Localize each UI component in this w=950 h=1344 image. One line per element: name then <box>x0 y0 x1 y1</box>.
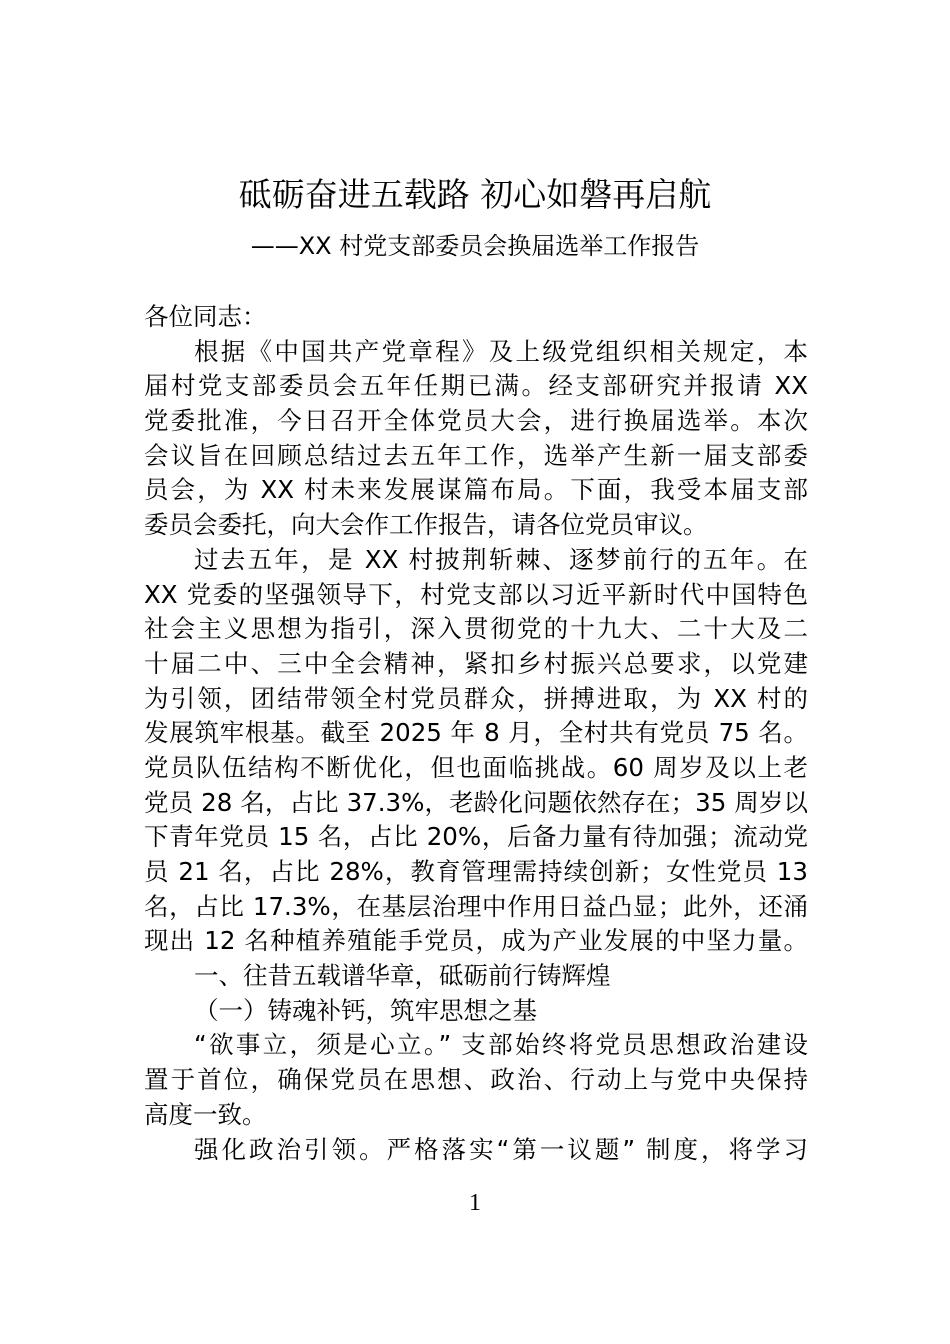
text-line: 根据《中国共产党章程》及上级党组织相关规定，本 <box>144 335 808 370</box>
text-line: 会议旨在回顾总结过去五年工作，选举产生新一届支部委 <box>144 439 808 474</box>
text-line: 名，占比 17.3%，在基层治理中作用日益凸显；此外，还涌 <box>144 890 808 925</box>
text-line: 过去五年，是 XX 村披荆斩棘、逐梦前行的五年。在 <box>144 543 808 578</box>
page-number: 1 <box>0 1186 950 1220</box>
salutation: 各位同志： <box>144 300 808 335</box>
document-page: 砥砺奋进五载路 初心如磐再启航 ——XX 村党支部委员会换届选举工作报告 各位同… <box>0 0 950 1344</box>
text-line: 为引领，团结带领全村党员群众，拼搏进取，为 XX 村的 <box>144 682 808 717</box>
text-line: XX 党委的坚强领导下，村党支部以习近平新时代中国特色 <box>144 578 808 613</box>
text-line: 届村党支部委员会五年任期已满。经支部研究并报请 XX <box>144 369 808 404</box>
document-subtitle: ——XX 村党支部委员会换届选举工作报告 <box>0 228 950 264</box>
text-line: 十届二中、三中全会精神，紧扣乡村振兴总要求，以党建 <box>144 647 808 682</box>
text-line: 党员 28 名，占比 37.3%，老龄化问题依然存在；35 周岁以 <box>144 786 808 821</box>
text-line: “欲事立，须是心立。” 支部始终将党员思想政治建设 <box>144 1028 808 1063</box>
text-line: 高度一致。 <box>144 1098 808 1133</box>
text-line: 社会主义思想为指引，深入贯彻党的十九大、二十大及二 <box>144 612 808 647</box>
text-line: 发展筑牢根基。截至 2025 年 8 月，全村共有党员 75 名。 <box>144 716 808 751</box>
text-line: 现出 12 名种植养殖能手党员，成为产业发展的中坚力量。 <box>144 924 808 959</box>
text-line: 员 21 名，占比 28%，教育管理需持续创新；女性党员 13 <box>144 855 808 890</box>
text-line: 强化政治引领。严格落实“第一议题” 制度，将学习 <box>144 1133 808 1168</box>
text-line: 置于首位，确保党员在思想、政治、行动上与党中央保持 <box>144 1063 808 1098</box>
document-title: 砥砺奋进五载路 初心如磐再启航 <box>0 172 950 218</box>
text-line: 党委批准，今日召开全体党员大会，进行换届选举。本次 <box>144 404 808 439</box>
text-line: 下青年党员 15 名，占比 20%，后备力量有待加强；流动党 <box>144 820 808 855</box>
text-line: 一、往昔五载谱华章，砥砺前行铸辉煌 <box>144 959 808 994</box>
body-lines: 根据《中国共产党章程》及上级党组织相关规定，本届村党支部委员会五年任期已满。经支… <box>144 335 808 1168</box>
text-line: 员会，为 XX 村未来发展谋篇布局。下面，我受本届支部 <box>144 473 808 508</box>
text-line: 党员队伍结构不断优化，但也面临挑战。60 周岁及以上老 <box>144 751 808 786</box>
text-line: 委员会委托，向大会作工作报告，请各位党员审议。 <box>144 508 808 543</box>
document-body: 各位同志： 根据《中国共产党章程》及上级党组织相关规定，本届村党支部委员会五年任… <box>144 300 808 1167</box>
text-line: （一）铸魂补钙，筑牢思想之基 <box>144 994 808 1029</box>
